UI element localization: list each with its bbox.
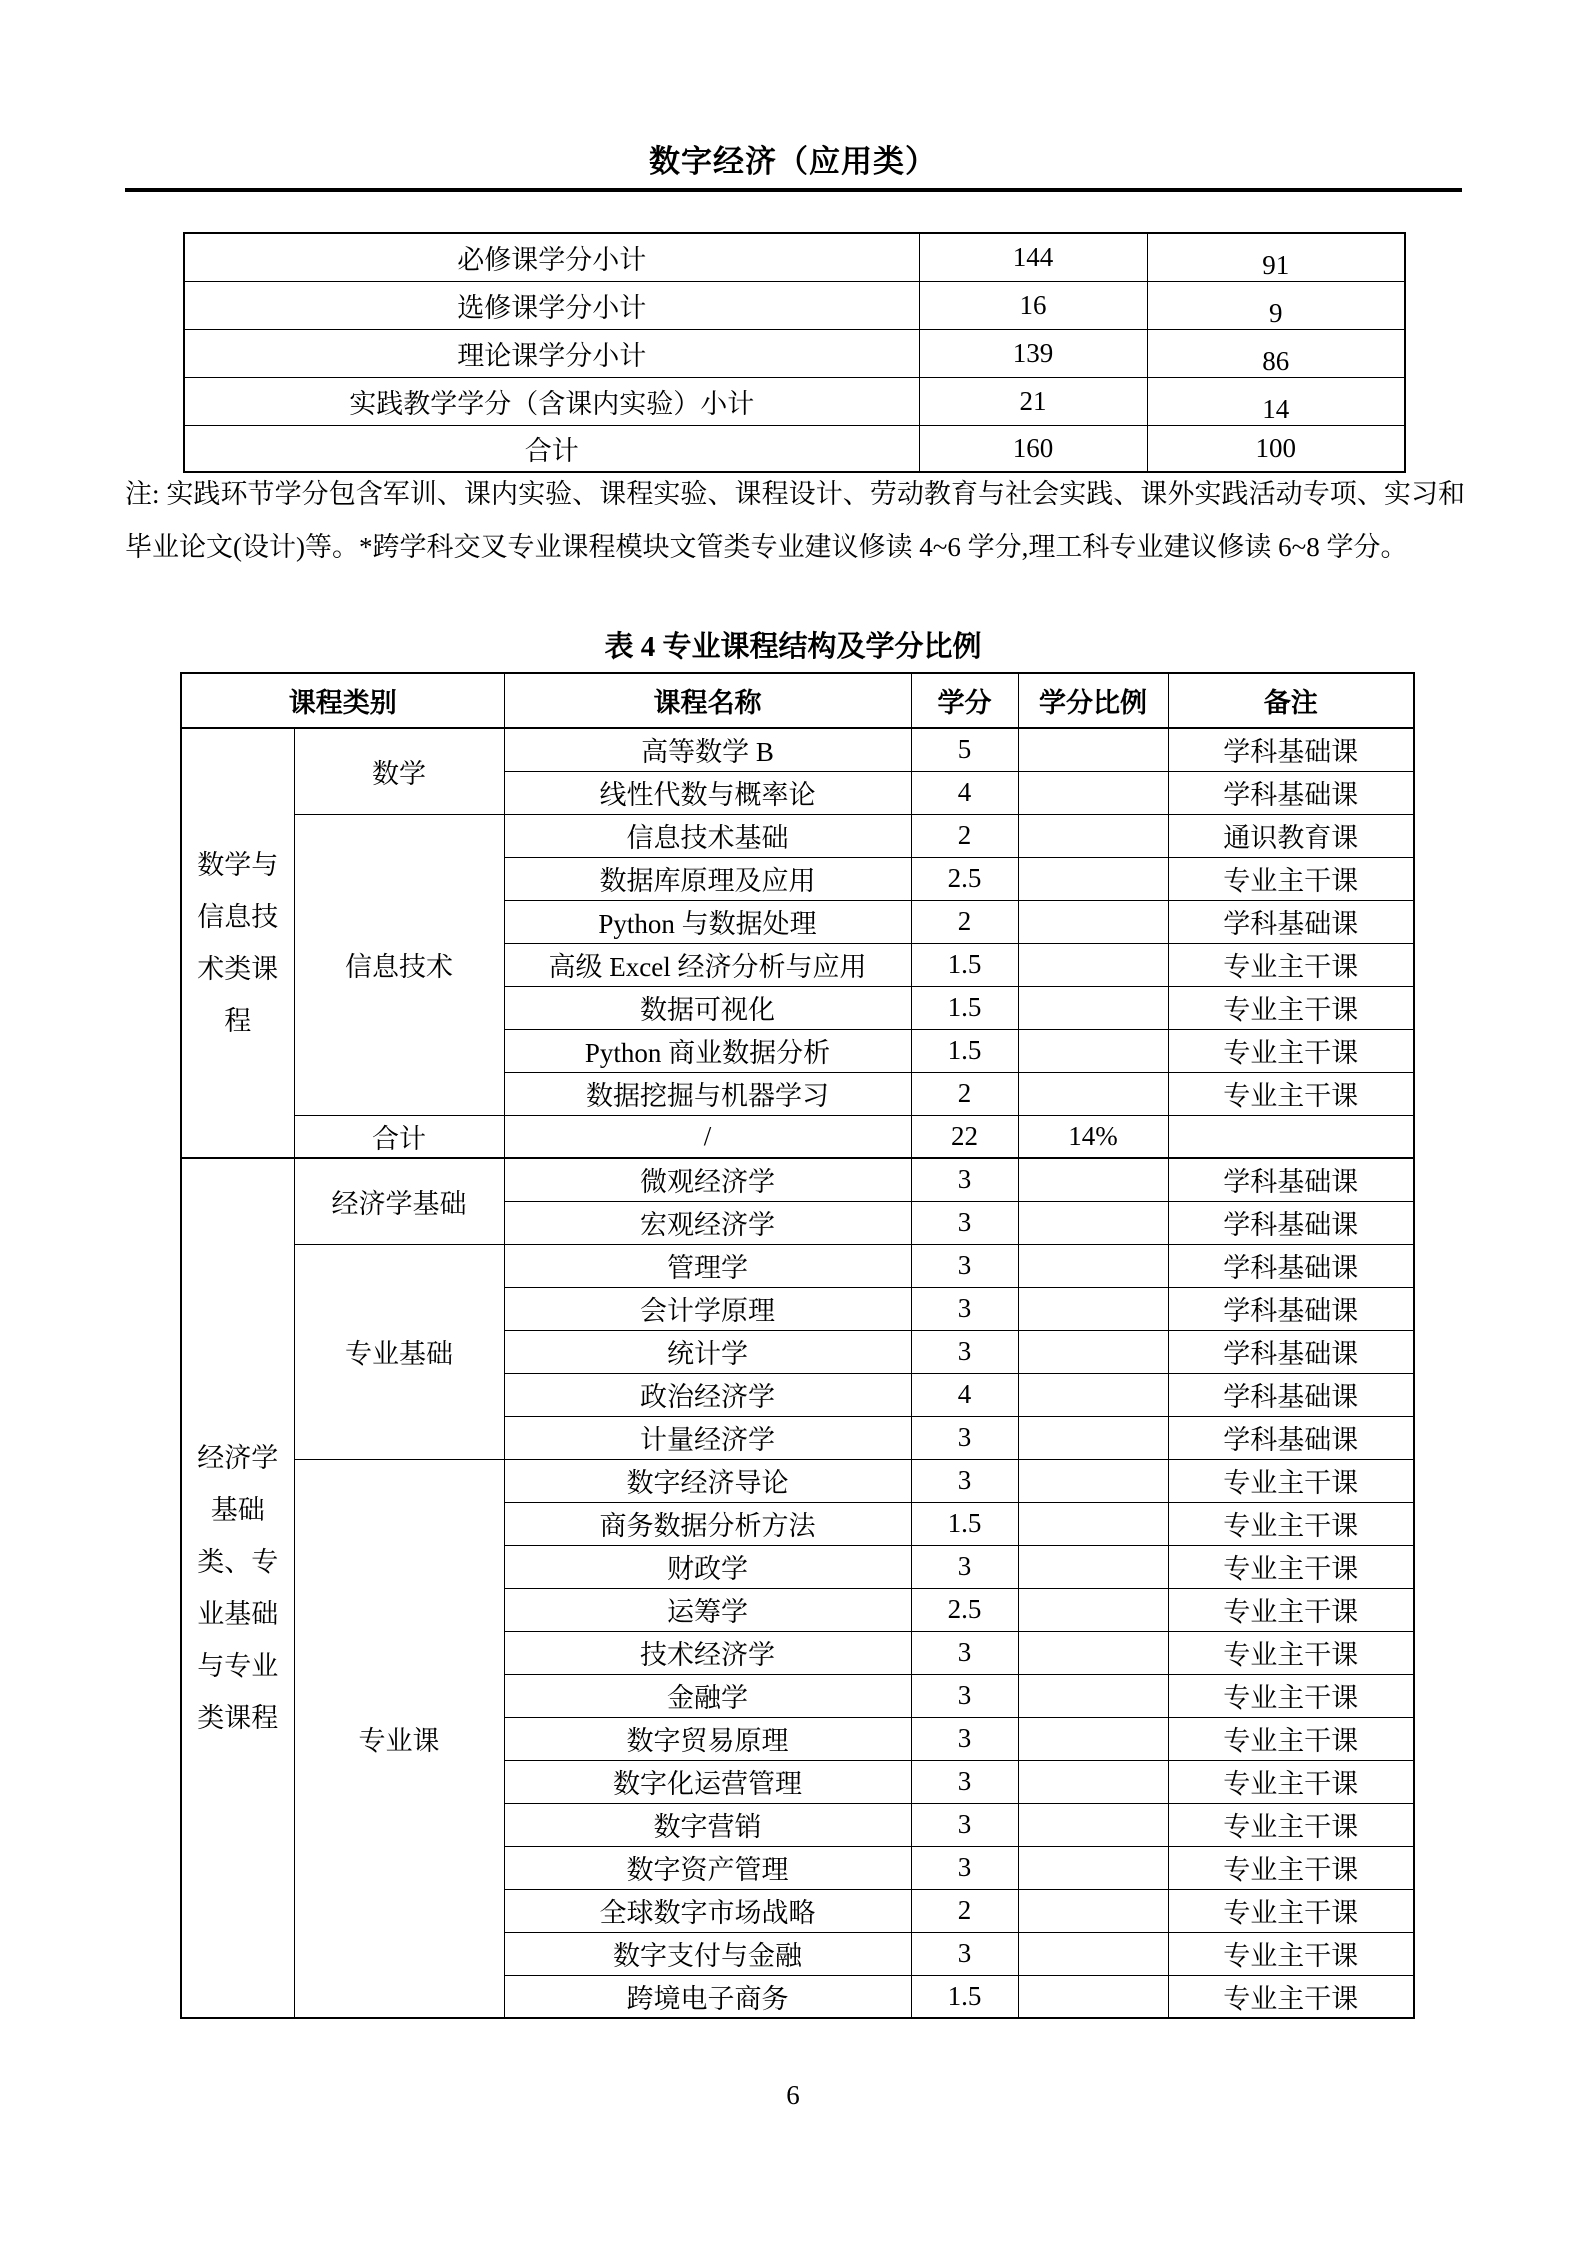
course-name: 计量经济学	[504, 1416, 911, 1459]
course-ratio	[1018, 1201, 1168, 1244]
course-name: 政治经济学	[504, 1373, 911, 1416]
summary-label: 必修课学分小计	[184, 233, 919, 282]
header-category: 课程类别	[181, 673, 504, 728]
course-name: 管理学	[504, 1244, 911, 1287]
course-ratio	[1018, 1588, 1168, 1631]
course-name: 全球数字市场战略	[504, 1889, 911, 1932]
summary-row: 实践教学学分（含课内实验）小计2114	[184, 378, 1405, 426]
course-remark: 专业主干课	[1168, 943, 1414, 986]
document-page: 数字经济（应用类） 必修课学分小计14491选修课学分小计169理论课学分小计1…	[0, 0, 1586, 2245]
course-name: 数据挖掘与机器学习	[504, 1072, 911, 1115]
course-credits: 3	[911, 1717, 1018, 1760]
summary-credits: 160	[919, 426, 1147, 472]
summary-credits: 139	[919, 330, 1147, 378]
summary-row: 理论课学分小计13986	[184, 330, 1405, 378]
course-credits: 3	[911, 1244, 1018, 1287]
course-credits: 3	[911, 1674, 1018, 1717]
course-credits: 3	[911, 1287, 1018, 1330]
course-remark: 专业主干课	[1168, 1588, 1414, 1631]
course-credits: 3	[911, 1158, 1018, 1201]
course-credits: 3	[911, 1545, 1018, 1588]
course-ratio	[1018, 814, 1168, 857]
course-ratio	[1018, 1631, 1168, 1674]
subcategory-cell: 合计	[294, 1115, 504, 1158]
course-name: 技术经济学	[504, 1631, 911, 1674]
course-name: 宏观经济学	[504, 1201, 911, 1244]
header-ratio: 学分比例	[1018, 673, 1168, 728]
summary-percent: 14	[1147, 378, 1405, 426]
summary-row: 选修课学分小计169	[184, 282, 1405, 330]
course-credits: 3	[911, 1201, 1018, 1244]
course-row: 经济学基础类、专业基础与专业类课程经济学基础微观经济学3学科基础课	[181, 1158, 1414, 1201]
summary-credits: 21	[919, 378, 1147, 426]
course-credits: 1.5	[911, 1502, 1018, 1545]
course-ratio	[1018, 857, 1168, 900]
course-name: 运筹学	[504, 1588, 911, 1631]
course-name: 统计学	[504, 1330, 911, 1373]
course-remark: 学科基础课	[1168, 1416, 1414, 1459]
course-credits: 3	[911, 1803, 1018, 1846]
course-row: 信息技术信息技术基础2通识教育课	[181, 814, 1414, 857]
course-ratio	[1018, 1502, 1168, 1545]
course-remark: 学科基础课	[1168, 1201, 1414, 1244]
summary-row: 必修课学分小计14491	[184, 233, 1405, 282]
course-remark: 专业主干课	[1168, 986, 1414, 1029]
course-name: 商务数据分析方法	[504, 1502, 911, 1545]
course-ratio	[1018, 1717, 1168, 1760]
course-name: 线性代数与概率论	[504, 771, 911, 814]
header-credits: 学分	[911, 673, 1018, 728]
course-credits: 3	[911, 1631, 1018, 1674]
table-note: 注: 实践环节学分包含军训、课内实验、课程实验、课程设计、劳动教育与社会实践、课…	[125, 468, 1465, 574]
course-credits: 3	[911, 1760, 1018, 1803]
course-remark: 学科基础课	[1168, 1373, 1414, 1416]
course-name: 信息技术基础	[504, 814, 911, 857]
course-remark: 专业主干课	[1168, 1502, 1414, 1545]
summary-percent: 86	[1147, 330, 1405, 378]
course-name: 财政学	[504, 1545, 911, 1588]
course-remark: 学科基础课	[1168, 771, 1414, 814]
course-remark: 专业主干课	[1168, 1846, 1414, 1889]
course-credits: 3	[911, 1932, 1018, 1975]
course-ratio	[1018, 1760, 1168, 1803]
summary-credits: 16	[919, 282, 1147, 330]
course-name: /	[504, 1115, 911, 1158]
subcategory-cell: 专业课	[294, 1459, 504, 2018]
course-ratio	[1018, 1459, 1168, 1502]
summary-percent: 100	[1147, 426, 1405, 472]
course-ratio	[1018, 1846, 1168, 1889]
summary-percent: 91	[1147, 233, 1405, 282]
course-remark: 专业主干课	[1168, 1545, 1414, 1588]
course-credits: 1.5	[911, 1029, 1018, 1072]
course-name: Python 商业数据分析	[504, 1029, 911, 1072]
course-credits: 2	[911, 814, 1018, 857]
course-ratio	[1018, 1029, 1168, 1072]
course-ratio	[1018, 1889, 1168, 1932]
course-remark: 专业主干课	[1168, 1717, 1414, 1760]
course-ratio	[1018, 1072, 1168, 1115]
course-name: Python 与数据处理	[504, 900, 911, 943]
course-remark: 专业主干课	[1168, 1631, 1414, 1674]
course-credits: 22	[911, 1115, 1018, 1158]
course-credits: 1.5	[911, 986, 1018, 1029]
course-credits: 2	[911, 1889, 1018, 1932]
course-ratio	[1018, 1244, 1168, 1287]
course-name: 数字资产管理	[504, 1846, 911, 1889]
course-ratio	[1018, 1158, 1168, 1201]
course-name: 跨境电子商务	[504, 1975, 911, 2018]
course-credits: 1.5	[911, 1975, 1018, 2018]
course-credits: 2	[911, 1072, 1018, 1115]
course-credits: 3	[911, 1416, 1018, 1459]
course-credits: 2.5	[911, 857, 1018, 900]
course-ratio	[1018, 728, 1168, 771]
summary-label: 理论课学分小计	[184, 330, 919, 378]
summary-row: 合计160100	[184, 426, 1405, 472]
course-ratio	[1018, 771, 1168, 814]
course-remark: 学科基础课	[1168, 900, 1414, 943]
course-ratio	[1018, 1674, 1168, 1717]
course-name: 数字经济导论	[504, 1459, 911, 1502]
course-ratio	[1018, 1416, 1168, 1459]
course-credits: 4	[911, 771, 1018, 814]
course-ratio	[1018, 1373, 1168, 1416]
table4-header-row: 课程类别 课程名称 学分 学分比例 备注	[181, 673, 1414, 728]
course-remark: 专业主干课	[1168, 1803, 1414, 1846]
course-ratio	[1018, 1803, 1168, 1846]
course-ratio	[1018, 1330, 1168, 1373]
course-row: 数学与信息技术类课程数学高等数学 B5学科基础课	[181, 728, 1414, 771]
course-remark: 专业主干课	[1168, 1674, 1414, 1717]
course-remark	[1168, 1115, 1414, 1158]
course-structure-table: 课程类别 课程名称 学分 学分比例 备注 数学与信息技术类课程数学高等数学 B5…	[180, 672, 1415, 2019]
course-ratio	[1018, 1545, 1168, 1588]
header-course: 课程名称	[504, 673, 911, 728]
course-name: 数字化运营管理	[504, 1760, 911, 1803]
course-name: 数字贸易原理	[504, 1717, 911, 1760]
course-remark: 学科基础课	[1168, 1244, 1414, 1287]
title-divider	[125, 188, 1462, 192]
course-row: 专业基础管理学3学科基础课	[181, 1244, 1414, 1287]
course-name: 微观经济学	[504, 1158, 911, 1201]
course-name: 高等数学 B	[504, 728, 911, 771]
course-name: 会计学原理	[504, 1287, 911, 1330]
summary-label: 实践教学学分（含课内实验）小计	[184, 378, 919, 426]
course-remark: 专业主干课	[1168, 1975, 1414, 2018]
course-remark: 专业主干课	[1168, 1932, 1414, 1975]
course-credits: 4	[911, 1373, 1018, 1416]
course-remark: 专业主干课	[1168, 1072, 1414, 1115]
course-remark: 学科基础课	[1168, 1158, 1414, 1201]
course-credits: 2	[911, 900, 1018, 943]
course-credits: 5	[911, 728, 1018, 771]
course-ratio	[1018, 943, 1168, 986]
course-ratio	[1018, 986, 1168, 1029]
course-row: 合计/2214%	[181, 1115, 1414, 1158]
course-credits: 3	[911, 1846, 1018, 1889]
summary-credits: 144	[919, 233, 1147, 282]
credit-summary-table: 必修课学分小计14491选修课学分小计169理论课学分小计13986实践教学学分…	[183, 232, 1406, 473]
subcategory-cell: 信息技术	[294, 814, 504, 1115]
subcategory-cell: 专业基础	[294, 1244, 504, 1459]
course-ratio	[1018, 1287, 1168, 1330]
course-remark: 通识教育课	[1168, 814, 1414, 857]
course-remark: 学科基础课	[1168, 728, 1414, 771]
course-remark: 专业主干课	[1168, 1459, 1414, 1502]
course-remark: 专业主干课	[1168, 1889, 1414, 1932]
subcategory-cell: 经济学基础	[294, 1158, 504, 1244]
course-name: 数据可视化	[504, 986, 911, 1029]
course-name: 数字支付与金融	[504, 1932, 911, 1975]
header-remark: 备注	[1168, 673, 1414, 728]
summary-label: 合计	[184, 426, 919, 472]
course-name: 数字营销	[504, 1803, 911, 1846]
course-credits: 3	[911, 1459, 1018, 1502]
document-title: 数字经济（应用类）	[0, 136, 1586, 181]
category-cell: 数学与信息技术类课程	[181, 728, 294, 1158]
course-remark: 专业主干课	[1168, 1760, 1414, 1803]
summary-percent: 9	[1147, 282, 1405, 330]
course-remark: 专业主干课	[1168, 857, 1414, 900]
course-remark: 学科基础课	[1168, 1330, 1414, 1373]
table4-title: 表 4 专业课程结构及学分比例	[0, 624, 1586, 665]
course-credits: 3	[911, 1330, 1018, 1373]
subcategory-cell: 数学	[294, 728, 504, 814]
page-number: 6	[0, 2080, 1586, 2111]
course-ratio: 14%	[1018, 1115, 1168, 1158]
course-remark: 学科基础课	[1168, 1287, 1414, 1330]
course-ratio	[1018, 900, 1168, 943]
course-credits: 1.5	[911, 943, 1018, 986]
course-credits: 2.5	[911, 1588, 1018, 1631]
course-name: 金融学	[504, 1674, 911, 1717]
course-name: 高级 Excel 经济分析与应用	[504, 943, 911, 986]
course-ratio	[1018, 1975, 1168, 2018]
category-cell: 经济学基础类、专业基础与专业类课程	[181, 1158, 294, 2018]
course-row: 专业课数字经济导论3专业主干课	[181, 1459, 1414, 1502]
course-ratio	[1018, 1932, 1168, 1975]
course-name: 数据库原理及应用	[504, 857, 911, 900]
course-remark: 专业主干课	[1168, 1029, 1414, 1072]
summary-label: 选修课学分小计	[184, 282, 919, 330]
